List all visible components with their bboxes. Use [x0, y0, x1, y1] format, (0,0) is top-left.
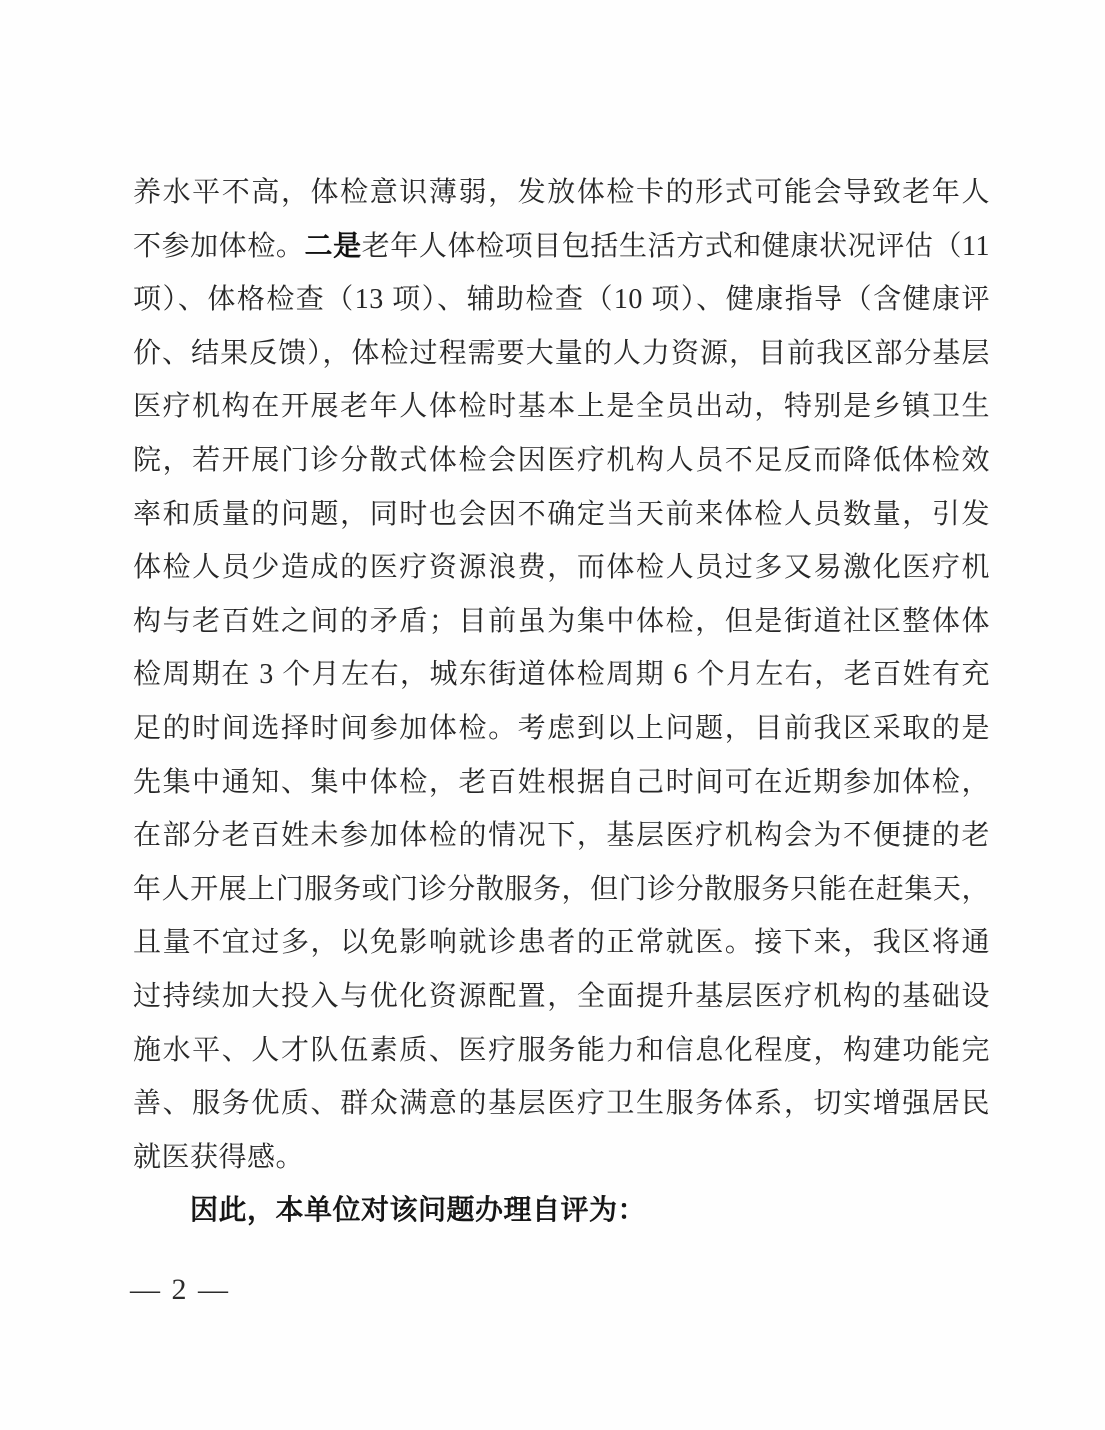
text-line: 养水平不高，体检意识薄弱，发放体检卡的形式可能会导致老年人: [133, 166, 990, 220]
text-segment: 检周期在 3 个月左右，城东街道体检周期 6 个月左右，老百姓有充: [133, 659, 990, 690]
text-line: 率和质量的问题，同时也会因不确定当天前来体检人员数量，引发: [133, 488, 990, 542]
text-segment: 率和质量的问题，同时也会因不确定当天前来体检人员数量，引发: [133, 499, 990, 530]
text-line: 施水平、人才队伍素质、医疗服务能力和信息化程度，构建功能完: [133, 1024, 990, 1078]
text-line: 构与老百姓之间的矛盾；目前虽为集中体检，但是街道社区整体体: [133, 595, 990, 649]
text-segment: 项）、体格检查（13 项）、辅助检查（10 项）、健康指导（含健康评: [133, 284, 990, 315]
text-line: 院，若开展门诊分散式体检会因医疗机构人员不足反而降低体检效: [133, 434, 990, 488]
body-text: 养水平不高，体检意识薄弱，发放体检卡的形式可能会导致老年人不参加体检。二是老年人…: [133, 166, 990, 1238]
text-segment: 足的时间选择时间参加体检。考虑到以上问题，目前我区采取的是: [133, 713, 990, 744]
text-segment: 老年人体检项目包括生活方式和健康状况评估（11: [362, 231, 990, 262]
text-segment: 医疗机构在开展老年人体检时基本上是全员出动，特别是乡镇卫生: [133, 391, 990, 422]
text-segment: 善、服务优质、群众满意的基层医疗卫生服务体系，切实增强居民: [133, 1088, 990, 1119]
text-line: 足的时间选择时间参加体检。考虑到以上问题，目前我区采取的是: [133, 702, 990, 756]
text-line: 因此，本单位对该问题办理自评为：: [133, 1184, 990, 1238]
text-line: 就医获得感。: [133, 1131, 990, 1185]
text-line: 体检人员少造成的医疗资源浪费，而体检人员过多又易激化医疗机: [133, 541, 990, 595]
text-line: 且量不宜过多，以免影响就诊患者的正常就医。接下来，我区将通: [133, 916, 990, 970]
text-line: 项）、体格检查（13 项）、辅助检查（10 项）、健康指导（含健康评: [133, 273, 990, 327]
text-line: 价、结果反馈），体检过程需要大量的人力资源，目前我区部分基层: [133, 327, 990, 381]
text-segment: 养水平不高，体检意识薄弱，发放体检卡的形式可能会导致老年人: [133, 177, 990, 208]
text-segment: 在部分老百姓未参加体检的情况下，基层医疗机构会为不便捷的老: [133, 820, 990, 851]
text-segment: 院，若开展门诊分散式体检会因医疗机构人员不足反而降低体检效: [133, 445, 990, 476]
bold-text-segment: 二是: [305, 231, 362, 262]
text-line: 年人开展上门服务或门诊分散服务，但门诊分散服务只能在赶集天，: [133, 863, 990, 917]
text-segment: 年人开展上门服务或门诊分散服务，但门诊分散服务只能在赶集天，: [133, 874, 990, 905]
text-segment: 价、结果反馈），体检过程需要大量的人力资源，目前我区部分基层: [133, 338, 990, 369]
bold-text-segment: 因此，本单位对该问题办理自评为：: [190, 1195, 646, 1226]
text-segment: 先集中通知、集中体检，老百姓根据自己时间可在近期参加体检，: [133, 767, 990, 798]
text-segment: 构与老百姓之间的矛盾；目前虽为集中体检，但是街道社区整体体: [133, 606, 990, 637]
document-page: 养水平不高，体检意识薄弱，发放体检卡的形式可能会导致老年人不参加体检。二是老年人…: [0, 0, 1105, 1430]
page-number: — 2 —: [130, 1272, 230, 1308]
text-segment: 施水平、人才队伍素质、医疗服务能力和信息化程度，构建功能完: [133, 1035, 990, 1066]
text-segment: 不参加体检。: [133, 231, 305, 262]
text-segment: 就医获得感。: [133, 1142, 304, 1173]
text-line: 过持续加大投入与优化资源配置，全面提升基层医疗机构的基础设: [133, 970, 990, 1024]
text-line: 不参加体检。二是老年人体检项目包括生活方式和健康状况评估（11: [133, 220, 990, 274]
text-segment: 体检人员少造成的医疗资源浪费，而体检人员过多又易激化医疗机: [133, 552, 990, 583]
text-line: 检周期在 3 个月左右，城东街道体检周期 6 个月左右，老百姓有充: [133, 648, 990, 702]
text-line: 善、服务优质、群众满意的基层医疗卫生服务体系，切实增强居民: [133, 1077, 990, 1131]
text-segment: 过持续加大投入与优化资源配置，全面提升基层医疗机构的基础设: [133, 981, 990, 1012]
text-line: 医疗机构在开展老年人体检时基本上是全员出动，特别是乡镇卫生: [133, 380, 990, 434]
text-line: 先集中通知、集中体检，老百姓根据自己时间可在近期参加体检，: [133, 756, 990, 810]
text-segment: 且量不宜过多，以免影响就诊患者的正常就医。接下来，我区将通: [133, 927, 990, 958]
text-line: 在部分老百姓未参加体检的情况下，基层医疗机构会为不便捷的老: [133, 809, 990, 863]
